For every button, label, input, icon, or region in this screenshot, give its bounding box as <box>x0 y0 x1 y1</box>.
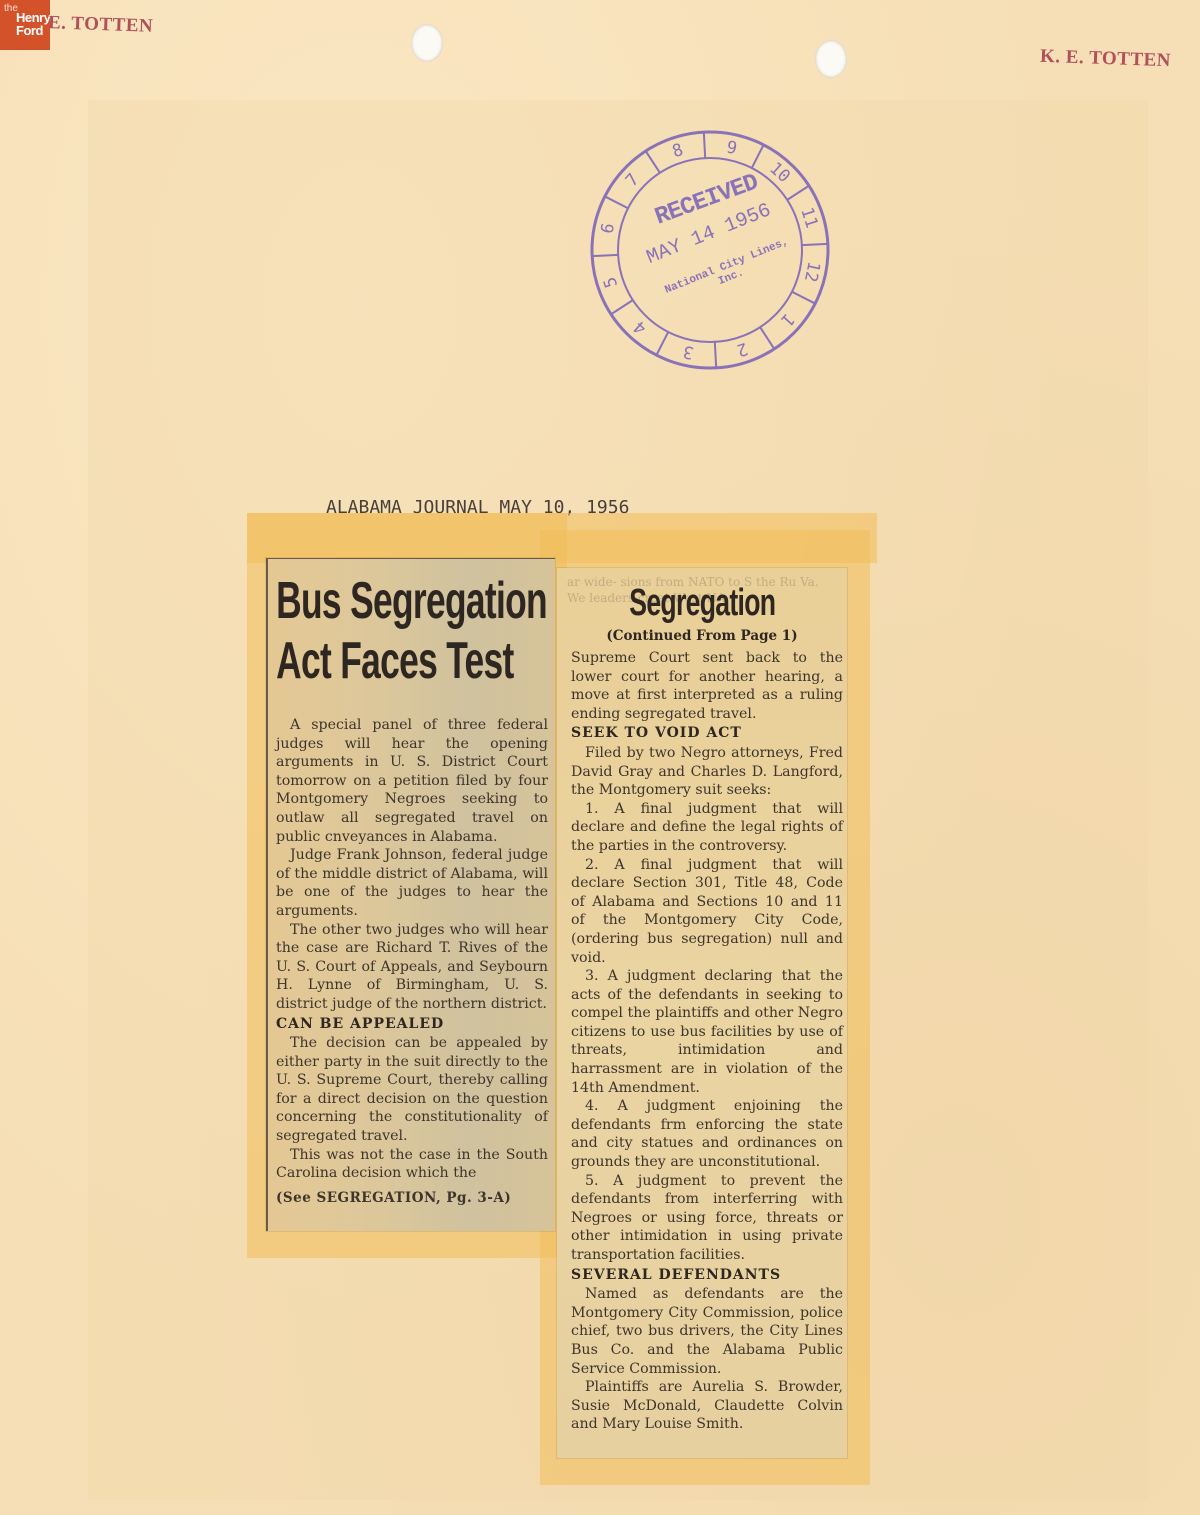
article-paragraph: 5. A judgment to prevent the defendants … <box>571 1172 843 1265</box>
article-body: A special panel of three federal judges … <box>276 716 548 1207</box>
article-paragraph: 1. A final judgment that will declare an… <box>571 800 843 856</box>
henry-ford-logo: the Henry Ford <box>0 0 50 50</box>
headline-text: Segregation <box>629 582 775 625</box>
owner-stamp-right: K. E. TOTTEN <box>1040 46 1172 73</box>
headline: Bus Segregation Act Faces Test <box>268 571 463 691</box>
article-body: Supreme Court sent back to the lower cou… <box>571 649 843 1434</box>
received-date-stamp: 910111212345678 RECEIVED MAY 14 1956 Nat… <box>585 125 835 375</box>
owner-stamp-left: E. TOTTEN <box>48 12 154 38</box>
article-paragraph: A special panel of three federal judges … <box>276 716 548 846</box>
article-paragraph: The decision can be appealed by either p… <box>276 1034 548 1146</box>
jump-line: (See SEGREGATION, Pg. 3-A) <box>276 1189 548 1208</box>
article-paragraph: Judge Frank Johnson, federal judge of th… <box>276 846 548 920</box>
headline: Segregation <box>557 582 847 625</box>
headline-line-2: Act Faces Test <box>276 631 463 691</box>
article-paragraph: The other two judges who will hear the c… <box>276 921 548 1014</box>
article-subhead: CAN BE APPEALED <box>276 1015 548 1034</box>
article-paragraph: Named as defendants are the Montgomery C… <box>571 1285 843 1378</box>
article-paragraph: Supreme Court sent back to the lower cou… <box>571 649 843 723</box>
newspaper-clipping-front: Bus Segregation Act Faces Test A special… <box>266 558 555 1231</box>
continued-line: (Continued From Page 1) <box>557 628 847 644</box>
article-paragraph: 4. A judgment enjoining the defendants f… <box>571 1097 843 1171</box>
article-subhead: SEVERAL DEFENDANTS <box>571 1266 843 1285</box>
newspaper-clipping-continued: ar wide- sions from NATO to S the Ru Va.… <box>557 568 847 1458</box>
received-stamp-text: RECEIVED MAY 14 1956 National City Lines… <box>585 125 835 375</box>
article-paragraph: 3. A judgment declaring that the acts of… <box>571 967 843 1097</box>
article-paragraph: Filed by two Negro attorneys, Fred David… <box>571 744 843 800</box>
logo-ford: Ford <box>4 24 47 37</box>
article-paragraph: Plaintiffs are Aurelia S. Browder, Susie… <box>571 1378 843 1434</box>
article-subhead: SEEK TO VOID ACT <box>571 724 843 743</box>
article-paragraph: 2. A final judgment that will declare Se… <box>571 856 843 968</box>
article-paragraph: This was not the case in the South Carol… <box>276 1146 548 1183</box>
headline-line-1: Bus Segregation <box>276 571 463 631</box>
punch-hole <box>815 40 847 78</box>
punch-hole <box>411 24 443 62</box>
